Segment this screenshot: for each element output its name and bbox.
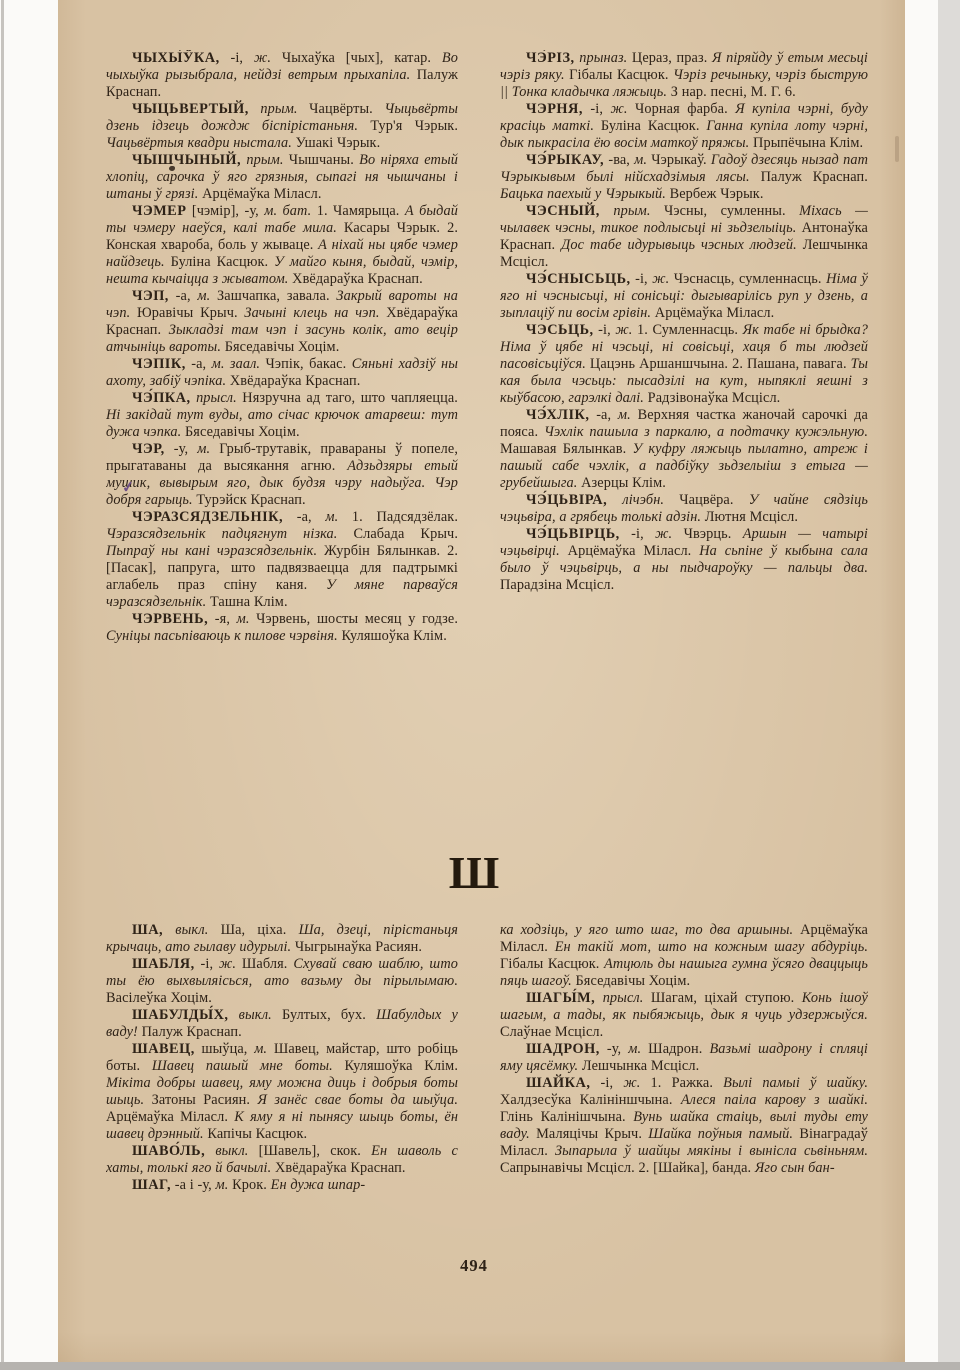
- definition-text: [229, 1007, 239, 1023]
- example-text: Зыпарыла ў шайцы мякіны і вынісла сьвінь…: [555, 1143, 868, 1159]
- definition-text: Шабля.: [236, 956, 293, 972]
- example-text: прысл.: [603, 990, 644, 1006]
- headword: ШАВЕЦ,: [132, 1041, 195, 1057]
- example-text: ж.: [254, 50, 271, 66]
- definition-text: Арцёмаўка Міласл.: [198, 186, 321, 202]
- headword: ЧЭ́ПКА,: [132, 390, 191, 406]
- headword: ЧЭРВЕНЬ,: [132, 611, 208, 627]
- example-text: ж.: [652, 271, 669, 287]
- definition-text: Чэрыкаў.: [647, 152, 711, 168]
- headword: ЧЫХЫ́ЎКА,: [132, 50, 220, 66]
- definition-text: Нязручна ад таго, што чапляецца.: [237, 390, 458, 406]
- definition-text: [607, 492, 622, 508]
- definition-text: [чэмір], -у,: [186, 203, 264, 219]
- definition-text: -і,: [631, 271, 653, 287]
- dictionary-entry: ШАВО́ЛЬ, выкл. [Шавель], скок. Ен шаволь…: [106, 1143, 458, 1177]
- headword: ШАВО́ЛЬ,: [132, 1143, 205, 1159]
- definition-text: Чышчаны.: [284, 152, 360, 168]
- definition-text: Чэрвень, шосты месяц у годзе.: [250, 611, 458, 627]
- definition-text: [249, 101, 261, 117]
- example-text: Ен дужа шпар-: [271, 1177, 366, 1193]
- definition-text: Палуж Краснап.: [138, 1024, 242, 1040]
- example-text: Дос табе идурывыць чэсных людзей.: [561, 237, 797, 253]
- definition-text: Машавая Бялынкав.: [500, 441, 632, 457]
- example-text: Шавец пашый мне боты.: [152, 1058, 333, 1074]
- example-text: Зачыні клець на чэп.: [244, 305, 379, 321]
- dictionary-entry: ЧЭ́ЦЬВІРЦЬ, -і, ж. Чвэрць. Аршын — чатыр…: [500, 526, 868, 594]
- definition-text: Цераз, праз.: [627, 50, 712, 66]
- definition-text: Куляшоўка Клім.: [338, 628, 447, 644]
- definition-text: Куляшоўка Клім.: [333, 1058, 458, 1074]
- example-text: м.: [628, 1041, 641, 1057]
- definition-text: Лешчынка Мсцісл.: [578, 1058, 699, 1074]
- dictionary-entry: ШАЙКА, -і, ж. 1. Ражка. Вылі памыі ў шай…: [500, 1075, 868, 1177]
- definition-text: Чэсны, сумленны.: [651, 203, 800, 219]
- dictionary-entry: ЧЭ́РІЗ, прыназ. Цераз, праз. Я піряйду ў…: [500, 50, 868, 101]
- definition-text: -і,: [583, 101, 611, 117]
- definition-text: Лютня Мсцісл.: [701, 509, 798, 525]
- definition-text: Крок.: [228, 1177, 270, 1193]
- definition-text: Сапрынавічы Мсцісл. 2. [Шайка], банда.: [500, 1160, 755, 1176]
- example-text: Шайка поўныя памый.: [648, 1126, 793, 1142]
- scan-edge-strip-right: [938, 0, 960, 1370]
- definition-text: 1. Сумленнасць.: [632, 322, 742, 338]
- definition-text: -у,: [600, 1041, 628, 1057]
- definition-text: Чыхаўка [чых], катар.: [271, 50, 442, 66]
- definition-text: 1. Чамярыца.: [311, 203, 405, 219]
- example-text: м. заал.: [212, 356, 260, 372]
- dictionary-entry: ЧЭ́ХЛІК, -а, м. Верхняя частка жаночай с…: [500, 407, 868, 492]
- definition-text: Шадрон.: [641, 1041, 709, 1057]
- example-text: ж.: [655, 526, 672, 542]
- example-text: ж.: [219, 956, 236, 972]
- headword: ЧЭРАЗСЯДЗЕЛЬНІК,: [132, 509, 283, 525]
- headword: ЧЭСНЫЙ,: [526, 203, 600, 219]
- example-text: ж.: [610, 101, 627, 117]
- definition-text: Слабада Крыч.: [337, 526, 458, 542]
- definition-text: Слаўнае Мсцісл.: [500, 1024, 603, 1040]
- column-ch-left: ЧЫХЫ́ЎКА, -і, ж. Чыхаўка [чых], катар. В…: [106, 50, 458, 832]
- dictionary-entry: ЧЭСНЫЙ, прым. Чэсны, сумленны. Міхась — …: [500, 203, 868, 271]
- definition-text: -а,: [283, 509, 325, 525]
- definition-text: [595, 990, 602, 1006]
- definition-text: Бултых, бух.: [272, 1007, 376, 1023]
- definition-text: Бяседавічы Хоцім.: [221, 339, 339, 355]
- headword: ШАГ,: [132, 1177, 171, 1193]
- definition-text: Чыгрынаўка Расиян.: [291, 939, 422, 955]
- headword: ШАГЫ́М,: [526, 990, 595, 1006]
- dictionary-page: ✓ ЧЫХЫ́ЎКА, -і, ж. Чыхаўка [чых], катар.…: [58, 0, 905, 1362]
- example-text: Суніцы пасьпіваюць к пилове чэрвіня.: [106, 628, 338, 644]
- example-text: м.: [237, 611, 250, 627]
- definition-text: -а,: [169, 288, 197, 304]
- example-text: Вылі памыі ў шайку.: [723, 1075, 868, 1091]
- definition-text: Чэснасць, сумленнасць.: [669, 271, 826, 287]
- definition-text: 1. Падсядзёлак.: [338, 509, 458, 525]
- headword: ЧЭР,: [132, 441, 165, 457]
- definition-text: Чэпік, бакас.: [260, 356, 352, 372]
- headword: ЧЫШЧЫНЫЙ,: [132, 152, 241, 168]
- dictionary-entry: ШАГЫ́М, прысл. Шагам, ціхай ступою. Конь…: [500, 990, 868, 1041]
- definition-text: Гібалы Касцюк.: [565, 67, 673, 83]
- definition-text: шыўца,: [195, 1041, 254, 1057]
- definition-text: Чацвёра.: [664, 492, 749, 508]
- definition-text: Гібалы Касцюк.: [500, 956, 604, 972]
- definition-text: [205, 1143, 215, 1159]
- headword: ШАДРОН,: [526, 1041, 600, 1057]
- headword: ЧЭ́ЦЬВІРА,: [526, 492, 607, 508]
- example-text: м.: [197, 288, 210, 304]
- definition-text: Вербеж Чэрык.: [666, 186, 764, 202]
- dictionary-entry: ЧЭМЕР [чэмір], -у, м. бат. 1. Чамярыца. …: [106, 203, 458, 288]
- definition-text: Васілеўка Хоцім.: [106, 990, 212, 1006]
- definition-text: -а,: [589, 407, 617, 423]
- definition-text: -і,: [195, 956, 219, 972]
- definition-text: Арцёмаўка Міласл.: [560, 543, 699, 559]
- definition-text: Палуж Краснап.: [750, 169, 868, 185]
- definition-text: [163, 922, 175, 938]
- example-text: Алеся паіла карову з шайкі.: [681, 1092, 868, 1108]
- dictionary-entry: ШАБУЛДЫ́Х, выкл. Бултых, бух. Шабулдых у…: [106, 1007, 458, 1041]
- definition-text: Арцёмаўка Міласл.: [106, 1109, 234, 1125]
- definition-text: Хвёдараўка Краснап.: [288, 271, 422, 287]
- headword: ЧЭМЕР: [132, 203, 186, 219]
- example-text: прым.: [613, 203, 650, 219]
- example-text: ж.: [623, 1075, 640, 1091]
- definition-text: Затоны Расиян.: [144, 1092, 257, 1108]
- headword: ЧЭ́СНЫСЬЦЬ,: [526, 271, 631, 287]
- headword: ШАЙКА,: [526, 1075, 590, 1091]
- dictionary-entry: ЧЭ́РЫКАУ, -ва, м. Чэрыкаў. Гадоў дзесяць…: [500, 152, 868, 203]
- headword: ЧЭПІК,: [132, 356, 186, 372]
- dictionary-entry: ШАБЛЯ, -і, ж. Шабля. Схувай сваю шаблю, …: [106, 956, 458, 1007]
- definition-text: Арцёмаўка Міласл.: [651, 305, 774, 321]
- example-text: прысл.: [196, 390, 237, 406]
- example-text: прым.: [260, 101, 297, 117]
- definition-text: Чорная фарба.: [628, 101, 736, 117]
- dictionary-entry: ЧЭРВЕНЬ, -я, м. Чэрвень, шосты месяц у г…: [106, 611, 458, 645]
- definition-text: Ушакі Чэрык.: [292, 135, 380, 151]
- definition-text: [600, 203, 613, 219]
- page-number: 494: [93, 1256, 855, 1276]
- example-text: Бацька паехый у Чэрыкый.: [500, 186, 666, 202]
- dictionary-entry: ШАГ, -а і -у, м. Крок. Ен дужа шпар-: [106, 1177, 458, 1194]
- definition-text: Бяседавічы Хоцім.: [572, 973, 690, 989]
- definition-text: Цацэнь Аршаншчына. 2. Пашана, павага.: [586, 356, 851, 372]
- column-sh-left: ША, выкл. Ша, ціха. Ша, дзеці, пірістань…: [106, 922, 458, 1252]
- definition-text: Прыпёчына Клім.: [749, 135, 863, 151]
- headword: ЧЭП,: [132, 288, 169, 304]
- definition-text: -у,: [165, 441, 198, 457]
- dictionary-entry: ЧЫШЧЫНЫЙ, прым. Чышчаны. Во ніряха етый …: [106, 152, 458, 203]
- example-text: м.: [634, 152, 647, 168]
- dictionary-entry: ЧЭП, -а, м. Зашчапка, завала. Закрый вар…: [106, 288, 458, 356]
- definition-text: -і,: [590, 1075, 623, 1091]
- headword: ШАБЛЯ,: [132, 956, 195, 972]
- dictionary-entry: ЧЭ́ЦЬВІРА, лічэбн. Чацвёра. У чайне сядз…: [500, 492, 868, 526]
- definition-text: -а і -у,: [171, 1177, 215, 1193]
- example-text: м.: [325, 509, 338, 525]
- example-text: Чэхлік пашыла з паркалю, а подтачку кужэ…: [544, 424, 868, 440]
- dictionary-entry: ЧЫЦЬВЕРТЫЙ, прым. Чацвёрты. Чыцьвёрты дз…: [106, 101, 458, 152]
- headword: ЧЭРНЯ,: [526, 101, 583, 117]
- dictionary-entry: ЧЭР, -у, м. Грыб-трутавік, правараны ў п…: [106, 441, 458, 509]
- definition-text: Азерцы Клім.: [577, 475, 665, 491]
- definition-text: Парадзіна Мсцісл.: [500, 577, 614, 593]
- definition-text: Чвэрць.: [672, 526, 743, 542]
- definition-text: -і,: [594, 322, 616, 338]
- dictionary-entry: ЧЭСЬЦЬ, -і, ж. 1. Сумленнасць. Як табе н…: [500, 322, 868, 407]
- check-mark: ✓: [121, 477, 136, 498]
- dictionary-entry: ЧЭ́ПКА, прысл. Нязручна ад таго, што чап…: [106, 390, 458, 441]
- column-sh-right: ка ходзіць, у яго што шаг, то два аршыны…: [500, 922, 868, 1252]
- definition-text: Шагам, ціхай ступою.: [643, 990, 801, 1006]
- definition-text: Тур'я Чэрык.: [358, 118, 458, 134]
- section-heading-sh: Ш: [93, 844, 855, 906]
- definition-text: -а,: [186, 356, 212, 372]
- definition-text: Буліна Касцюк.: [594, 118, 706, 134]
- example-text: м.: [254, 1041, 267, 1057]
- definition-text: Хвёдараўка Краснап.: [271, 1160, 405, 1176]
- definition-text: Глінь Калінішчына.: [500, 1109, 633, 1125]
- example-text: м.: [197, 441, 210, 457]
- headword: ЧЭ́ХЛІК,: [526, 407, 589, 423]
- example-text: прыназ.: [579, 50, 627, 66]
- headword: ЧЭСЬЦЬ,: [526, 322, 594, 338]
- headword: ЧЫЦЬВЕРТЫЙ,: [132, 101, 249, 117]
- definition-text: Хвёдараўка Краснап.: [226, 373, 360, 389]
- dictionary-entry: ЧЭРНЯ, -і, ж. Чорная фарба. Я купіла чэр…: [500, 101, 868, 152]
- definition-text: Капічы Касцюк.: [204, 1126, 307, 1142]
- example-text: м.: [216, 1177, 229, 1193]
- scan-edge-line: [1, 0, 4, 1370]
- column-ch-right: ЧЭ́РІЗ, прыназ. Цераз, праз. Я піряйду ў…: [500, 50, 868, 832]
- dictionary-entry: ЧЭРАЗСЯДЗЕЛЬНІК, -а, м. 1. Падсядзёлак. …: [106, 509, 458, 611]
- section-sh-columns: ША, выкл. Ша, ціха. Ша, дзеці, пірістань…: [106, 922, 868, 1252]
- example-text: Чэразсядзельнік падцягнут нізка.: [106, 526, 337, 542]
- example-text: Яго сын бан-: [755, 1160, 835, 1176]
- dictionary-entry: ШАВЕЦ, шыўца, м. Шавец, майстар, што роб…: [106, 1041, 458, 1143]
- definition-text: Ша, ціха.: [208, 922, 298, 938]
- headword: ША,: [132, 922, 163, 938]
- definition-text: Халдзесўка Калініншчына.: [500, 1092, 681, 1108]
- example-text: ка ходзіць, у яго што шаг, то два аршыны…: [500, 922, 793, 938]
- example-text: Ен такій мот, што на кожным шагу абдуріц…: [555, 939, 868, 955]
- example-text: м.: [618, 407, 631, 423]
- example-text: Я занёс свае боты да шыўца.: [257, 1092, 458, 1108]
- definition-text: З нар. песні, М. Г. 6.: [667, 84, 796, 100]
- dictionary-entry: ША, выкл. Ша, ціха. Ша, дзеці, пірістань…: [106, 922, 458, 956]
- headword: ЧЭ́ЦЬВІРЦЬ,: [526, 526, 620, 542]
- example-text: ж.: [615, 322, 632, 338]
- headword: ЧЭ́РІЗ,: [526, 50, 575, 66]
- definition-text: Зашчапка, завала.: [210, 288, 336, 304]
- definition-text: [Шавель], скок.: [248, 1143, 371, 1159]
- example-text: выкл.: [175, 922, 208, 938]
- definition-text: -я,: [208, 611, 236, 627]
- dictionary-entry: ЧЫХЫ́ЎКА, -і, ж. Чыхаўка [чых], катар. В…: [106, 50, 458, 101]
- definition-text: -ва,: [604, 152, 634, 168]
- scan-edge-strip-bottom: [0, 1362, 960, 1370]
- example-text: м. бат.: [264, 203, 311, 219]
- example-text: Пыпраў ны кані чэразсядзельнік.: [106, 543, 317, 559]
- headword: ЧЭ́РЫКАУ,: [526, 152, 604, 168]
- definition-text: Бяседавічы Хоцім.: [181, 424, 299, 440]
- definition-text: Маляцічы Крыч.: [530, 1126, 648, 1142]
- dictionary-entry: ШАДРОН, -у, м. Шадрон. Вазьмі шадрону і …: [500, 1041, 868, 1075]
- definition-text: 1. Ражка.: [640, 1075, 723, 1091]
- example-text: выкл.: [215, 1143, 248, 1159]
- dictionary-entry: ка ходзіць, у яго што шаг, то два аршыны…: [500, 922, 868, 990]
- definition-text: Чацвёрты.: [298, 101, 385, 117]
- definition-text: -і,: [620, 526, 655, 542]
- definition-text: Ташна Клім.: [206, 594, 287, 610]
- example-text: прым.: [246, 152, 283, 168]
- section-ch-columns: ЧЫХЫ́ЎКА, -і, ж. Чыхаўка [чых], катар. В…: [106, 50, 868, 832]
- paper-smudge: [895, 136, 899, 162]
- headword: ШАБУЛДЫ́Х,: [132, 1007, 229, 1023]
- definition-text: -і,: [220, 50, 254, 66]
- example-text: Чацьвёртыя квадри ныстала.: [106, 135, 292, 151]
- example-text: лічэбн.: [622, 492, 664, 508]
- example-text: выкл.: [239, 1007, 272, 1023]
- definition-text: Буліна Касцюк.: [165, 254, 274, 270]
- dictionary-entry: ЧЭ́СНЫСЬЦЬ, -і, ж. Чэснасць, сумленнасць…: [500, 271, 868, 322]
- definition-text: Радзівонаўка Мсцісл.: [644, 390, 780, 406]
- definition-text: Турэйск Краснап.: [193, 492, 306, 508]
- dictionary-entry: ЧЭПІК, -а, м. заал. Чэпік, бакас. Сяньні…: [106, 356, 458, 390]
- definition-text: Юравічы Крыч.: [130, 305, 244, 321]
